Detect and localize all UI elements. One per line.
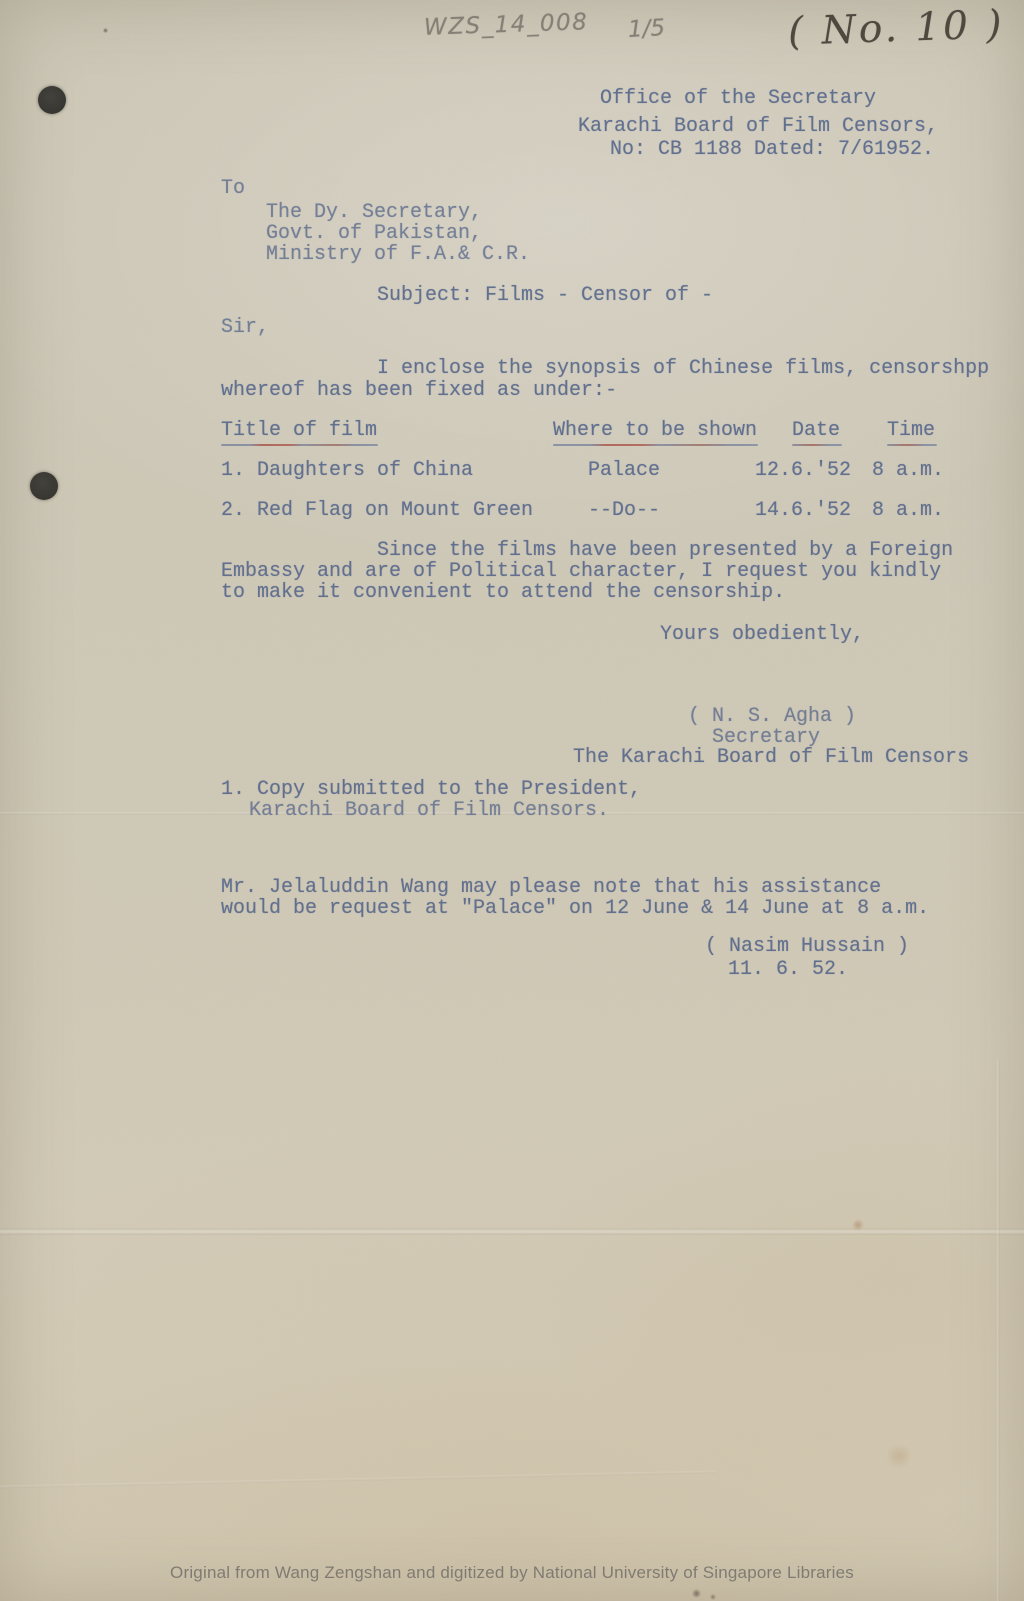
cell-date: 12.6.'52 [755,460,851,481]
paper-crease [0,1470,717,1488]
handwritten-number: ( No. 10 ) [787,2,1005,55]
cell-where: --Do-- [588,500,660,521]
closing: Yours obediently, [660,624,864,645]
note-date: 11. 6. 52. [728,959,848,980]
recipient-line: Govt. of Pakistan, [266,223,482,244]
pencil-inventory-code: WZS_14_008 [424,9,589,41]
column-header-title: Title of film [221,420,377,441]
board-line: Karachi Board of Film Censors, [578,116,938,137]
signature-name: ( N. S. Agha ) [688,706,856,727]
stain [884,1444,914,1468]
cell-time: 8 a.m. [872,500,944,521]
cell-title: 2. Red Flag on Mount Green [221,500,533,521]
body-line: Embassy and are of Political character, … [221,561,941,582]
stain [852,1219,864,1231]
punch-hole [30,472,58,500]
body-intro-line: I enclose the synopsis of Chinese films,… [377,358,989,379]
body-line: to make it convenient to attend the cens… [221,582,785,603]
column-header-date: Date [792,420,840,441]
stain [692,1589,701,1598]
cell-date: 14.6.'52 [755,500,851,521]
digitization-credit: Original from Wang Zengshan and digitize… [0,1563,1024,1583]
note-signature: ( Nasim Hussain ) [705,936,909,957]
paper-fold [0,1228,1024,1235]
header-underline [792,444,842,446]
signature-title: Secretary [712,727,820,748]
recipient-to: To [221,178,245,199]
body-intro-line: whereof has been fixed as under:- [221,380,617,401]
paper-crease [997,1060,1000,1601]
salutation: Sir, [221,317,269,338]
stain [710,1594,716,1600]
copy-note-line: Karachi Board of Film Censors. [249,800,609,821]
header-underline [221,444,378,446]
copy-note-line: 1. Copy submitted to the President, [221,779,641,800]
cell-title: 1. Daughters of China [221,460,473,481]
subject-line: Subject: Films - Censor of - [377,285,713,306]
header-underline [887,444,937,446]
column-header-time: Time [887,420,935,441]
document-scan: WZS_14_008 1/5 ( No. 10 ) Office of the … [0,0,1024,1601]
pencil-page-number: 1/5 [627,15,665,43]
note-line: Mr. Jelaluddin Wang may please note that… [221,877,881,898]
recipient-line: The Dy. Secretary, [266,202,482,223]
cell-where: Palace [588,460,660,481]
recipient-line: Ministry of F.A.& C.R. [266,244,530,265]
signature-org: The Karachi Board of Film Censors [573,747,969,768]
ref-line: No: CB 1188 Dated: 7/61952. [610,139,934,160]
column-header-where: Where to be shown [553,420,757,441]
note-line: would be request at "Palace" on 12 June … [221,898,929,919]
punch-hole [38,86,66,114]
body-line: Since the films have been presented by a… [377,540,953,561]
office-line: Office of the Secretary [600,88,876,109]
cell-time: 8 a.m. [872,460,944,481]
header-underline [553,444,758,446]
speck [103,28,108,33]
